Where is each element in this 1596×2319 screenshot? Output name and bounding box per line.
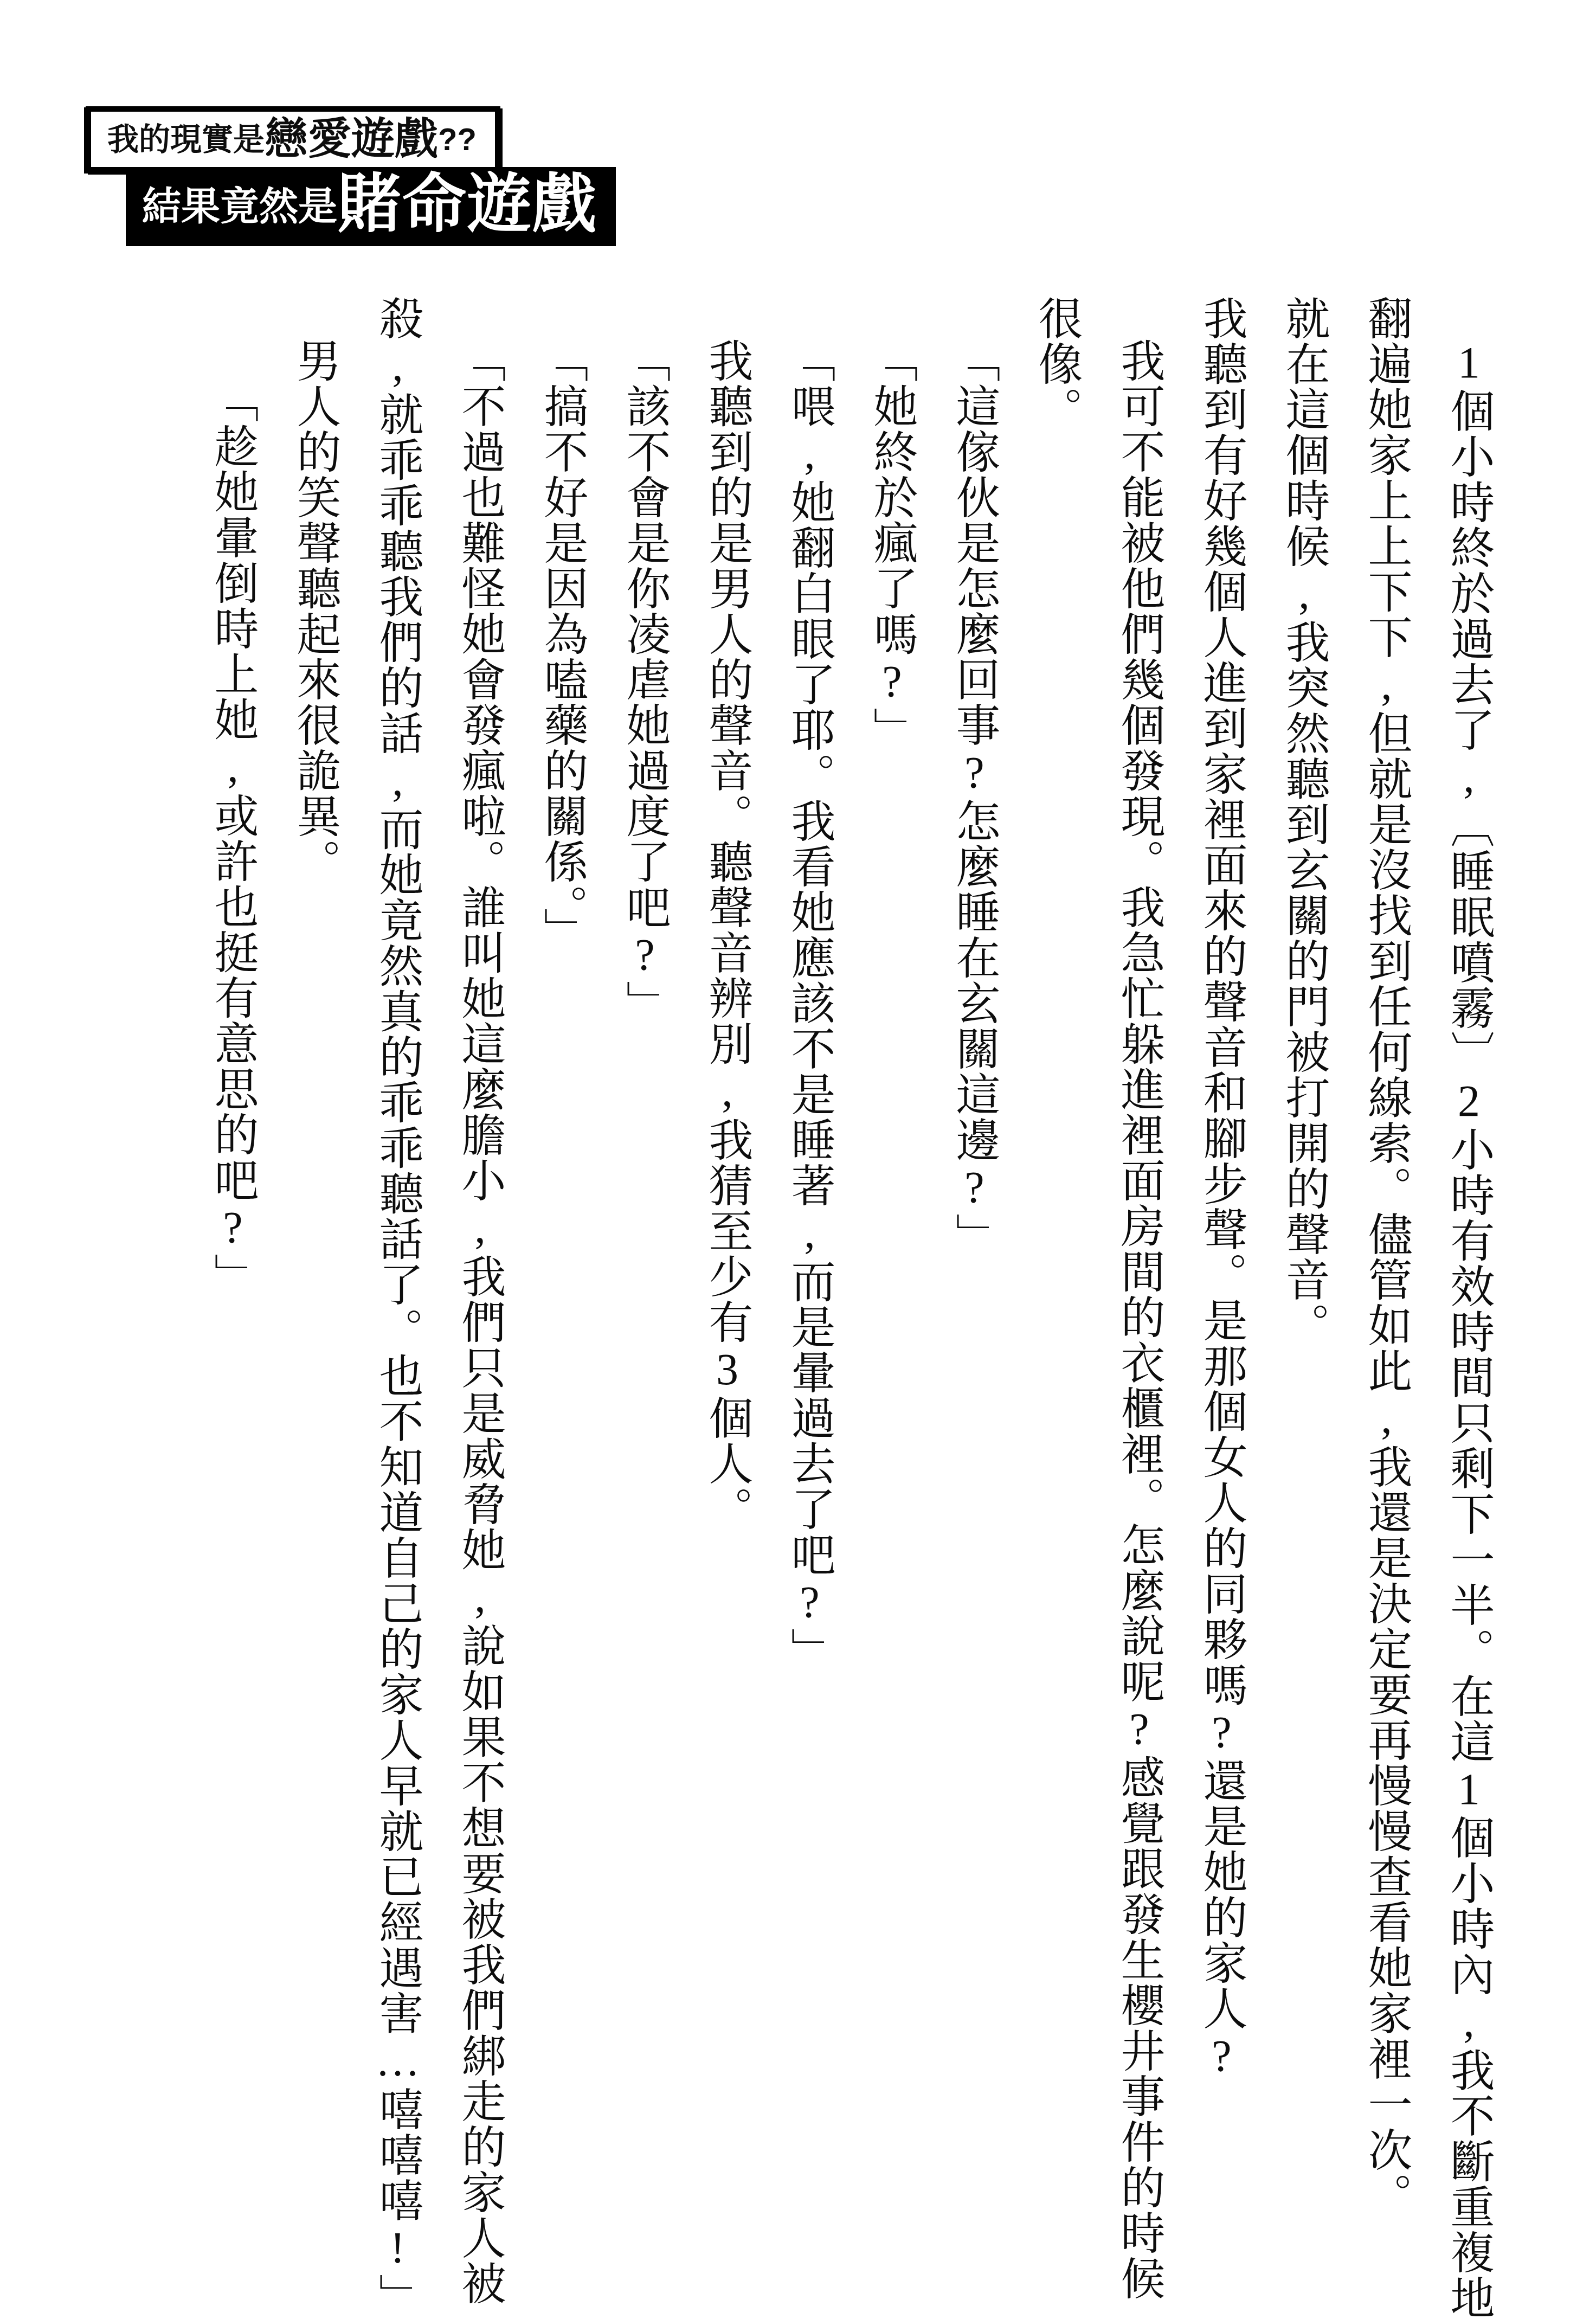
logo-tagline-banner: 我的現實是戀愛遊戲?? [86, 106, 500, 172]
text-column: 「該不會是你凌虐她過度了吧?」 [622, 296, 667, 1026]
text-column: 「她終於瘋了嗎?」 [870, 296, 914, 753]
text-column: 我可不能被他們幾個發現。我急忙躲進裡面房間的衣櫃裡。怎麼說呢?感覺跟發生櫻井事件… [1117, 296, 1161, 2301]
novel-page: 我的現實是戀愛遊戲?? 結果竟然是賭命遊戲 1個小時終於過去了,〔睡眠噴霧〕2小… [0, 0, 1596, 2319]
text-column: 「搞不好是因為嗑藥的關係。」 [540, 296, 584, 953]
logo-tagline-title: 戀愛遊戲 [265, 114, 438, 163]
text-column: 「趁她暈倒時上她,或許也挺有意思的吧?」 [210, 296, 255, 1299]
text-column: 很像。 [1034, 296, 1079, 432]
logo-tagline-prefix: 我的現實是 [107, 122, 265, 157]
text-column: 1個小時終於過去了,〔睡眠噴霧〕2小時有效時間只剩下一半。在這1個小時內,我不斷… [1446, 296, 1491, 2319]
text-column: 就在這個時候,我突然聽到玄關的門被打開的聲音。 [1282, 296, 1326, 1348]
text-column: 「這傢伙是怎麼回事?怎麼睡在玄關這邊?」 [952, 296, 996, 1258]
logo-tagline-suffix: ?? [438, 122, 477, 157]
logo-title-prefix: 結果竟然是 [142, 185, 337, 228]
text-column: 翻遍她家上上下下,但就是沒找到任何線索。儘管如此,我還是決定要再慢慢查看她家裡一… [1364, 296, 1408, 2218]
logo-title-banner: 結果竟然是賭命遊戲 [126, 167, 616, 246]
text-column: 殺,就乖乖聽我們的話,而她竟然真的乖乖聽話了。也不知道自己的家人早就已經遇害…嘻… [375, 296, 420, 2319]
text-column: 「不過也難怪她會發瘋啦。誰叫她這麼膽小,我們只是威脅她,說如果不想要被我們綁走的… [458, 296, 502, 2306]
text-column: 我聽到的是男人的聲音。聽聲音辨別,我猜至少有3個人。 [705, 296, 749, 1532]
text-column: 我聽到有好幾個人進到家裡面來的聲音和腳步聲。是那個女人的同夥嗎?還是她的家人? [1199, 296, 1244, 2082]
vertical-text-block: 1個小時終於過去了,〔睡眠噴霧〕2小時有效時間只剩下一半。在這1個小時內,我不斷… [210, 296, 1491, 2319]
series-logo: 我的現實是戀愛遊戲?? 結果竟然是賭命遊戲 [86, 106, 616, 246]
text-column: 男人的笑聲聽起來很詭異。 [293, 296, 337, 884]
logo-title-main: 賭命遊戲 [337, 169, 597, 240]
text-column: 「喂,她翻白眼了耶。我看她應該不是睡著,而是暈過去了吧?」 [787, 296, 832, 1673]
